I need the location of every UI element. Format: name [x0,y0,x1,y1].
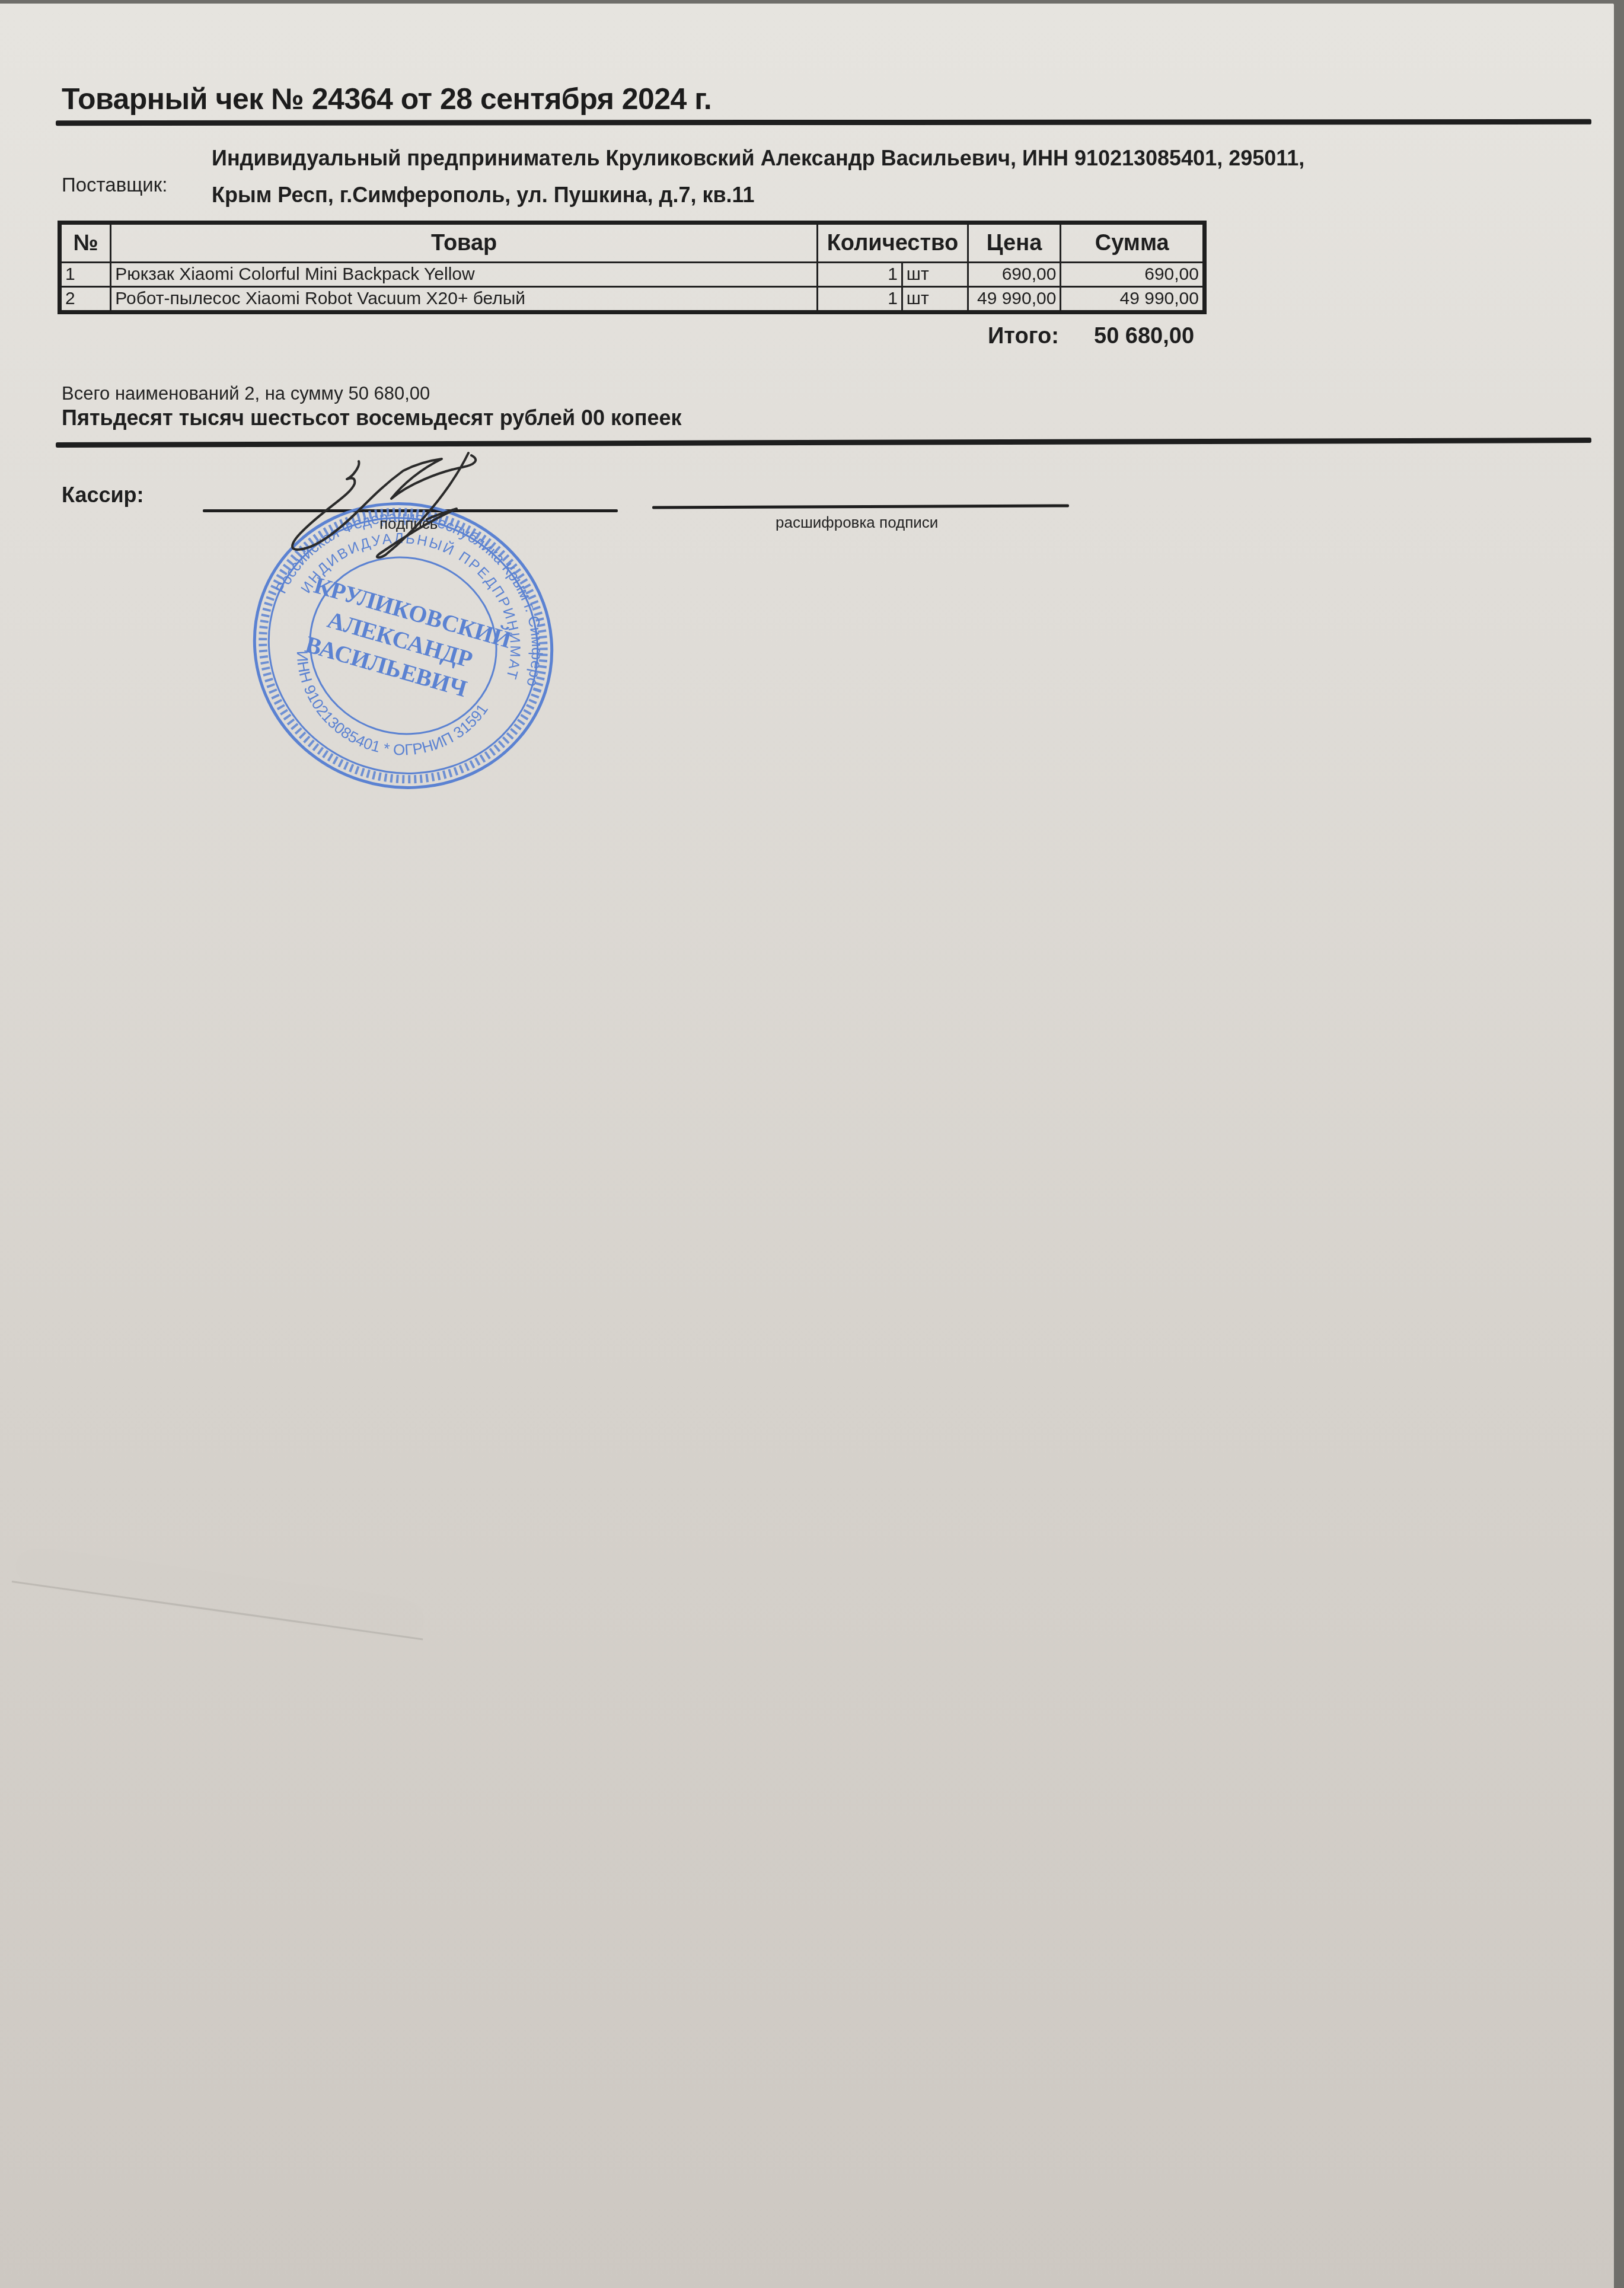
receipt-title: Товарный чек № 24364 от 28 сентября 2024… [62,82,712,116]
header-price: Цена [968,223,1061,263]
amount-in-words: Пятьдесят тысяч шестьсот восемьдесят руб… [62,406,681,430]
row-price: 690,00 [968,263,1061,287]
receipt-paper: Товарный чек № 24364 от 28 сентября 2024… [0,4,1614,2288]
supplier-details-line1: Индивидуальный предприниматель Круликовс… [212,146,1304,171]
items-table: № Товар Количество Цена Сумма 1 Рюкзак X… [58,221,1207,314]
items-count-summary: Всего наименований 2, на сумму 50 680,00 [62,383,430,404]
cashier-label: Кассир: [62,483,144,508]
header-sum: Сумма [1061,223,1205,263]
row-sum: 49 990,00 [1061,287,1205,312]
table-row: 1 Рюкзак Xiaomi Colorful Mini Backpack Y… [60,263,1205,287]
header-quantity: Количество [818,223,968,263]
row-no: 1 [60,263,111,287]
row-qty: 1 [818,287,902,312]
header-item: Товар [111,223,818,263]
title-underline [56,119,1591,126]
table-header-row: № Товар Количество Цена Сумма [60,223,1205,263]
signature-decode-line [652,504,1069,509]
row-unit: шт [902,287,968,312]
total-label: Итого: [988,324,1059,349]
row-sum: 690,00 [1061,263,1205,287]
row-price: 49 990,00 [968,287,1061,312]
handwritten-signature [285,442,581,561]
table-row: 2 Робот-пылесос Xiaomi Robot Vacuum X20+… [60,287,1205,312]
header-no: № [60,223,111,263]
total-value: 50 680,00 [1094,324,1194,349]
paper-crease [12,1581,423,1640]
row-no: 2 [60,287,111,312]
supplier-label: Поставщик: [62,174,167,196]
row-qty: 1 [818,263,902,287]
row-item: Робот-пылесос Xiaomi Robot Vacuum X20+ б… [111,287,818,312]
signature-decode-caption: расшифровка подписи [776,513,938,532]
supplier-details-line2: Крым Респ, г.Симферополь, ул. Пушкина, д… [212,183,755,208]
row-unit: шт [902,263,968,287]
row-item: Рюкзак Xiaomi Colorful Mini Backpack Yel… [111,263,818,287]
